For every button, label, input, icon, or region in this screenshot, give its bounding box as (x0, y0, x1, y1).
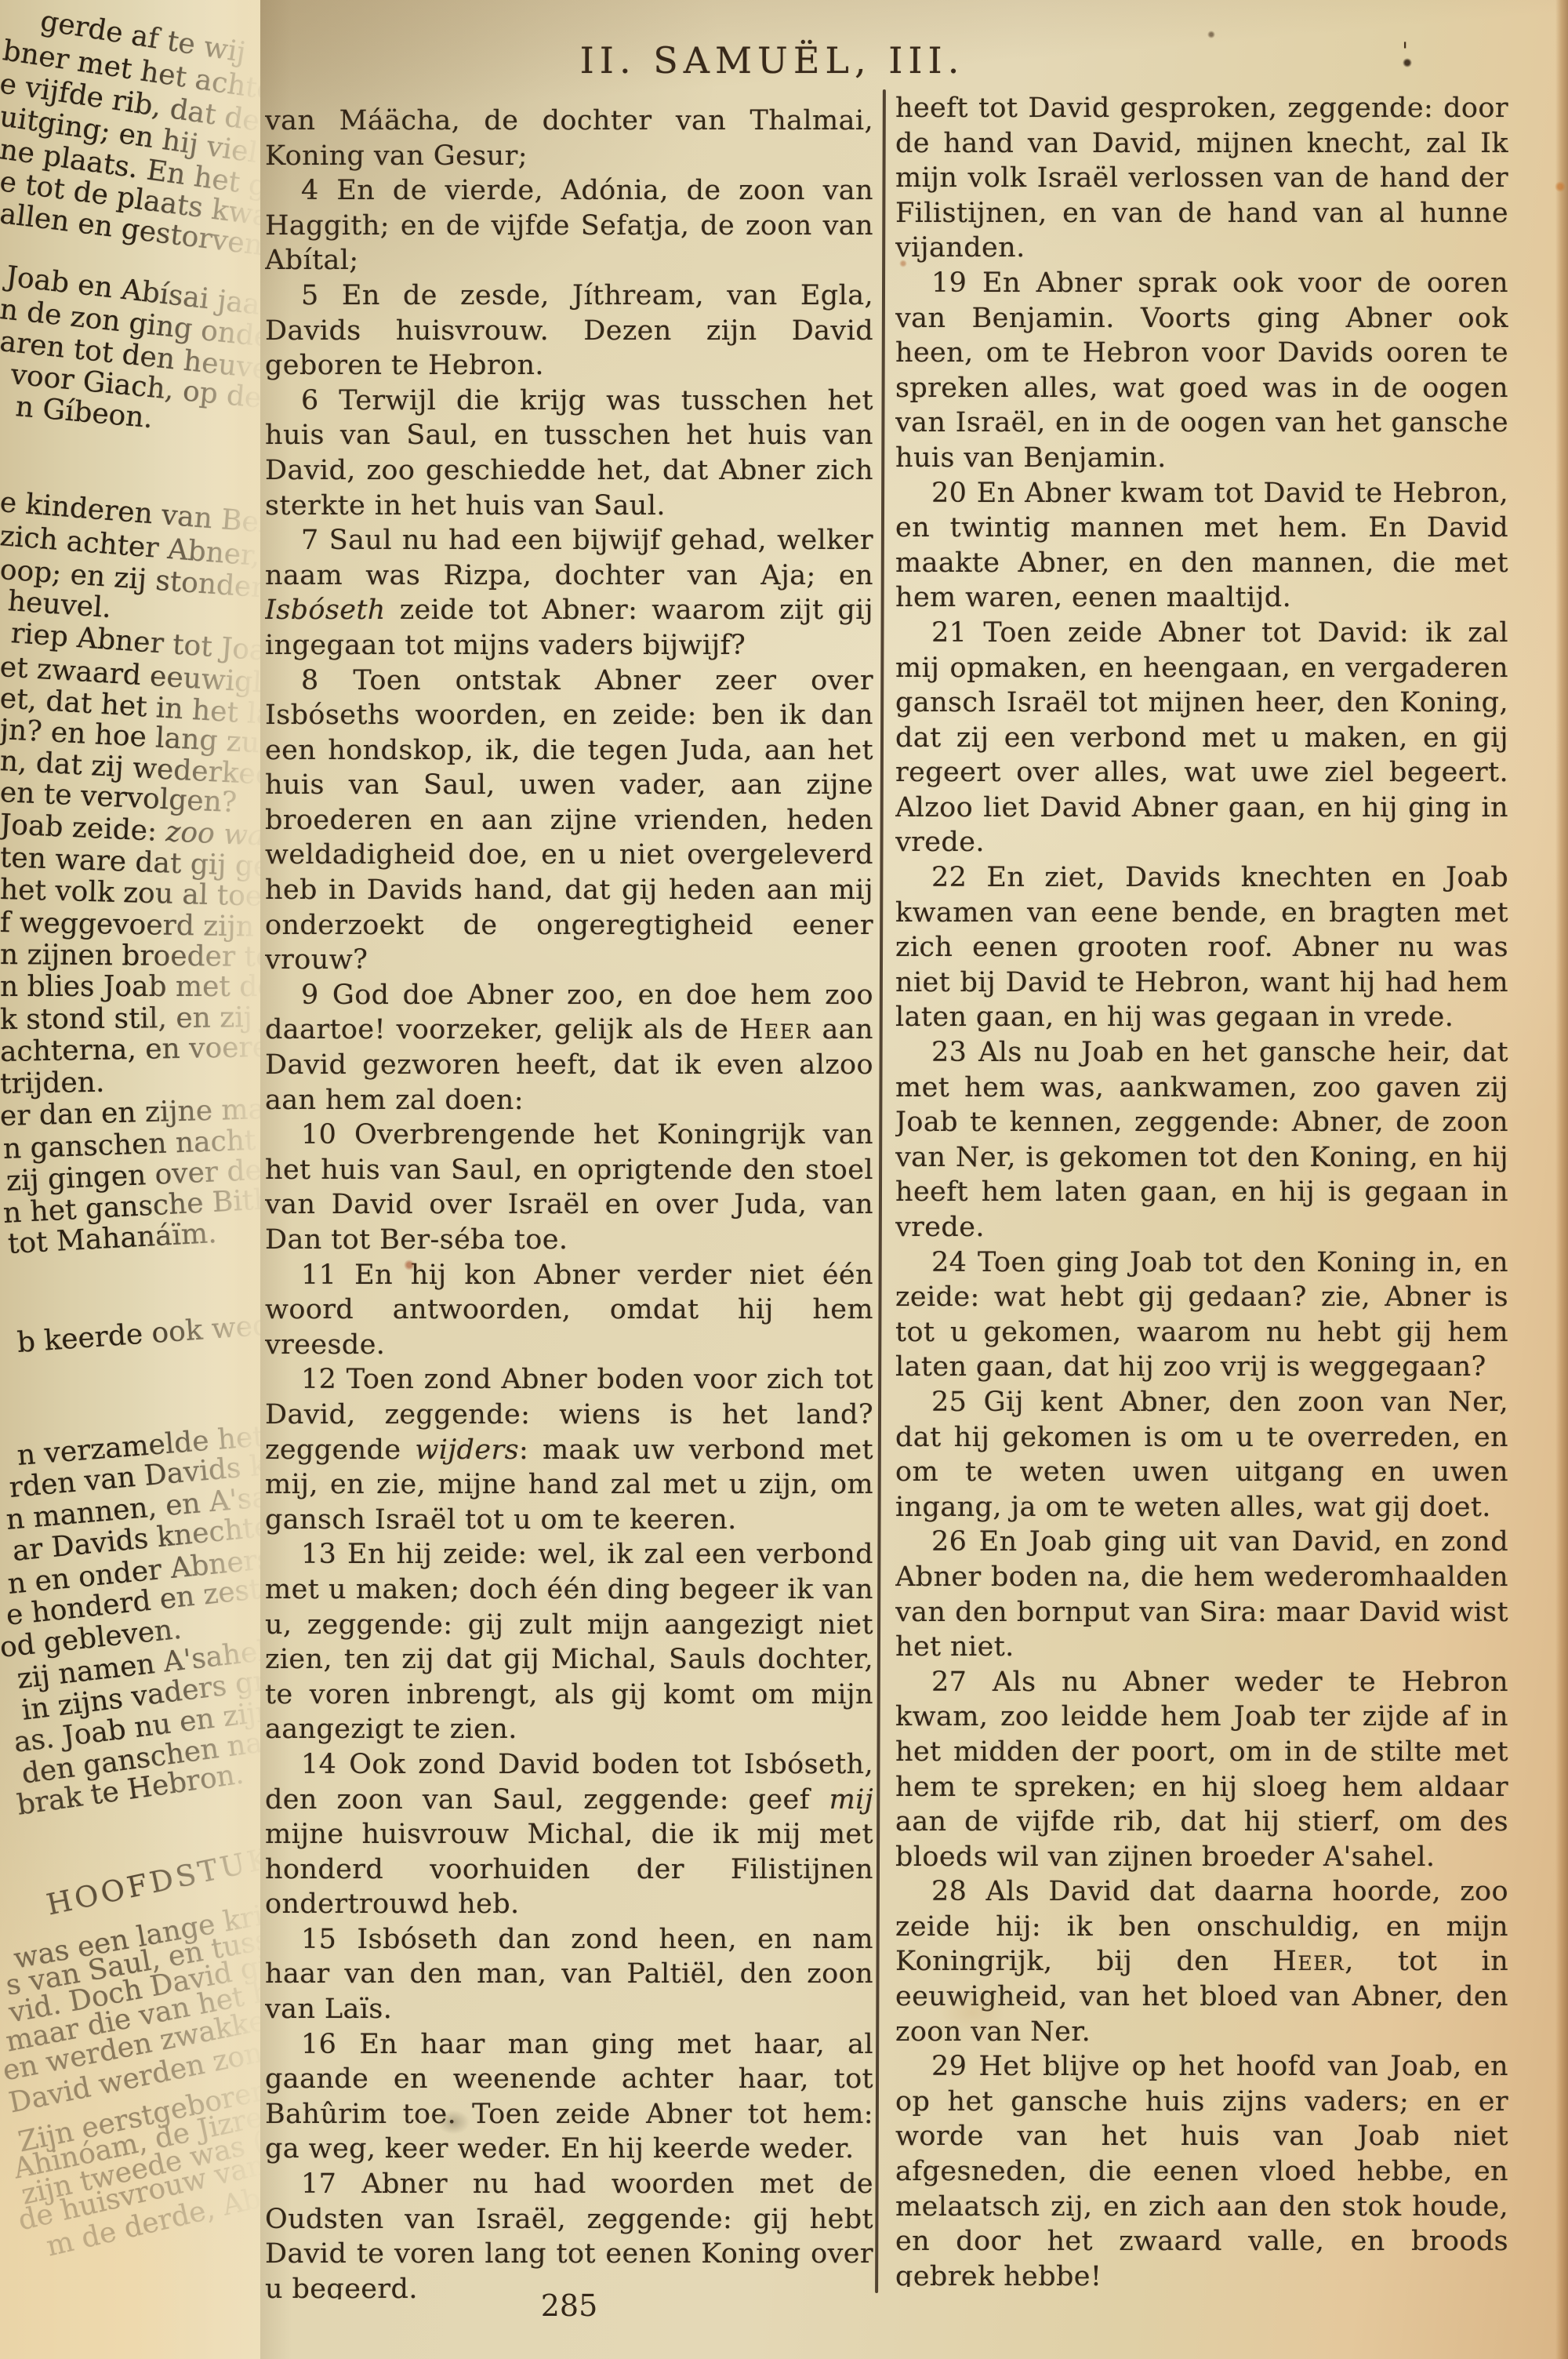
divine-name-smallcaps: Heer (739, 1014, 811, 1045)
verse-text: n blies Joab met de baz (0, 971, 260, 1003)
verse-text: 14 Ook zond David boden tot Isbóseth, de… (265, 1749, 873, 1816)
verse-text: trijden. (0, 1067, 105, 1100)
verse-paragraph: 7 Saul nu had een bijwijf gehad, welker … (265, 523, 873, 663)
verse-text: 19 En Abner sprak ook voor de ooren van … (895, 267, 1508, 474)
column-divider-rule (875, 89, 886, 2293)
verse-text: 7 Saul nu had een bijwijf gehad, welker … (265, 525, 873, 591)
edge-text-fragment: b keerde ook weder v (16, 1306, 260, 1359)
verse-text: mijne huisvrouw Michal, die ik mij met h… (265, 1819, 873, 1920)
verse-paragraph: 16 En haar man ging met haar, al gaande … (265, 2027, 873, 2167)
text-column-right: heeft tot David gesproken, zeggende: doo… (895, 91, 1508, 2287)
verse-text: 29 Het blijve op het hoofd van Joab, en … (895, 2051, 1508, 2287)
verse-text: 17 Abner nu had woorden met de Oudsten v… (265, 2168, 873, 2299)
verse-paragraph: 14 Ook zond David boden tot Isbóseth, de… (265, 1747, 873, 1922)
verse-text: 15 Isbóseth dan zond heen, en nam haar v… (265, 1924, 873, 2025)
verse-paragraph: 12 Toen zond Abner boden voor zich tot D… (265, 1362, 873, 1537)
scanned-bible-page: gerde af te wijbner met het achtere vijf… (0, 0, 1568, 2359)
verse-text: k stond stil, en zij jaagd (0, 1001, 260, 1036)
italic-text: wijders (415, 1434, 519, 1466)
verse-text: 27 Als nu Abner weder te Hebron kwam, zo… (895, 1667, 1508, 1873)
verse-text: 24 Toen ging Joab tot den Koning in, en … (895, 1247, 1508, 1383)
verse-text: 11 En hij kon Abner verder niet één woor… (265, 1259, 873, 1361)
text-column-left: van Máächa, de dochter van Thalmai, Koni… (265, 104, 873, 2299)
verse-paragraph: 5 En de zesde, Jíthream, van Egla, David… (265, 278, 873, 383)
verse-text: 26 En Joab ging uit van David, en zond A… (895, 1526, 1508, 1663)
verse-text: heeft tot David gesproken, zeggende: doo… (895, 93, 1508, 264)
verse-text: 4 En de vierde, Adónia, de zoon van Hagg… (265, 175, 873, 276)
edge-text-fragment: achterna, en voeren nie (0, 1030, 260, 1068)
verse-paragraph: 9 God doe Abner zoo, en doe hem zoo daar… (265, 978, 873, 1118)
verse-paragraph: 17 Abner nu had woorden met de Oudsten v… (265, 2167, 873, 2299)
verse-paragraph: 13 En hij zeide: wel, ik zal een verbond… (265, 1537, 873, 1747)
verse-paragraph: heeft tot David gesproken, zeggende: doo… (895, 91, 1508, 266)
edge-text-fragment: trijden. (0, 1067, 105, 1100)
verse-paragraph: 4 En de vierde, Adónia, de zoon van Hagg… (265, 173, 873, 278)
verse-paragraph: 15 Isbóseth dan zond heen, en nam haar v… (265, 1922, 873, 2027)
verse-text: van Máächa, de dochter van Thalmai, Koni… (265, 105, 873, 172)
curled-page-edge: gerde af te wijbner met het achtere vijf… (0, 0, 260, 2359)
verse-paragraph: 6 Terwijl die krijg was tusschen het hui… (265, 383, 873, 523)
verse-text: 16 En haar man ging met haar, al gaande … (265, 2029, 873, 2165)
verse-paragraph: 24 Toen ging Joab tot den Koning in, en … (895, 1245, 1508, 1385)
verse-paragraph: 19 En Abner sprak ook voor de ooren van … (895, 266, 1508, 476)
ink-speck-mark: ' (1402, 38, 1408, 65)
verse-text: b keerde ook weder v (16, 1306, 260, 1359)
verse-text: 21 Toen zeide Abner tot David: ik zal mi… (895, 617, 1508, 859)
verse-paragraph: 11 En hij kon Abner verder niet één woor… (265, 1258, 873, 1363)
verse-text: 20 En Abner kwam tot David te Hebron, en… (895, 478, 1508, 614)
verse-paragraph: 27 Als nu Abner weder te Hebron kwam, zo… (895, 1665, 1508, 1875)
verse-paragraph: 8 Toen ontstak Abner zeer over Isbóseths… (265, 663, 873, 978)
verse-text: 25 Gij kent Abner, den zoon van Ner, dat… (895, 1387, 1508, 1523)
edge-text-fragment: k stond stil, en zij jaagd (0, 1001, 260, 1036)
verse-text: 22 En ziet, Davids knechten en Joab kwam… (895, 862, 1508, 1033)
verse-paragraph: 21 Toen zeide Abner tot David: ik zal mi… (895, 616, 1508, 860)
page-header-title: II. SAMUËL, III. (259, 39, 1286, 82)
verse-paragraph: 29 Het blijve op het hoofd van Joab, en … (895, 2049, 1508, 2287)
verse-text: 5 En de zesde, Jíthream, van Egla, David… (265, 280, 873, 381)
verse-paragraph: 22 En ziet, Davids knechten en Joab kwam… (895, 860, 1508, 1035)
verse-text: 10 Overbrengende het Koningrijk van het … (265, 1119, 873, 1256)
verse-paragraph: 26 En Joab ging uit van David, en zond A… (895, 1525, 1508, 1664)
verse-text: 13 En hij zeide: wel, ik zal een verbond… (265, 1539, 873, 1745)
verse-text: achterna, en voeren nie (0, 1030, 260, 1068)
verse-paragraph: 25 Gij kent Abner, den zoon van Ner, dat… (895, 1385, 1508, 1525)
verse-text: 8 Toen ontstak Abner zeer over Isbóseths… (265, 665, 873, 976)
verse-paragraph: 20 En Abner kwam tot David te Hebron, en… (895, 476, 1508, 616)
verse-text: 6 Terwijl die krijg was tusschen het hui… (265, 385, 873, 522)
italic-text: Isbóseth (265, 594, 386, 626)
verse-text: n zijnen broeder te verv (0, 939, 260, 974)
verse-paragraph: 23 Als nu Joab en het gansche heir, dat … (895, 1035, 1508, 1245)
verse-paragraph: van Máächa, de dochter van Thalmai, Koni… (265, 104, 873, 173)
verse-paragraph: 10 Overbrengende het Koningrijk van het … (265, 1118, 873, 1257)
verse-paragraph: 28 Als David dat daarna hoorde, zoo zeid… (895, 1874, 1508, 2049)
italic-text: mij (829, 1784, 873, 1816)
edge-text-fragment: n zijnen broeder te verv (0, 939, 260, 974)
edge-text-fragment: n blies Joab met de baz (0, 971, 260, 1003)
divine-name-smallcaps: Heer (1272, 1946, 1345, 1977)
verse-text: 23 Als nu Joab en het gansche heir, dat … (895, 1037, 1508, 1243)
page-number: 285 (265, 2288, 873, 2323)
